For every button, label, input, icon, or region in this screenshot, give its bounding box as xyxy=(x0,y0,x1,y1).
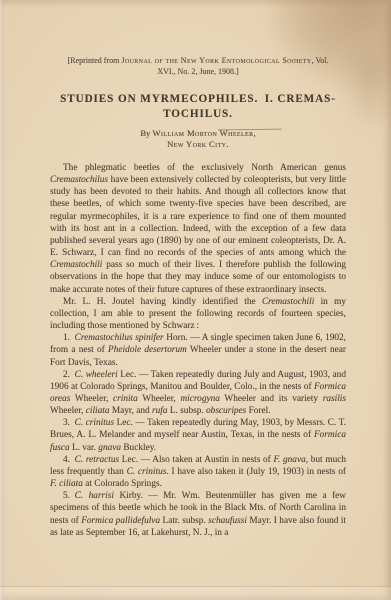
article-title-line-1: STUDIES ON MYRMECOPHILES. I. CREMAS- xyxy=(50,92,346,107)
species-entry-2: 2. C. wheeleri Lec. — Taken repeatedly d… xyxy=(50,369,346,418)
scanned-page: [Reprinted from Journal of the New York … xyxy=(0,0,391,600)
reprint-credit: [Reprinted from Journal of the New York … xyxy=(50,56,346,77)
author-byline: By William Morton Wheeler, xyxy=(50,128,346,139)
species-entry-1: 1. Cremastochilus spinifer Horn. — A sin… xyxy=(50,332,346,368)
reprint-credit-line-2: XVI., No. 2, June, 1908.] xyxy=(50,67,346,78)
article-body: The phlegmatic beetles of the exclusivel… xyxy=(50,162,346,539)
intro-paragraph: The phlegmatic beetles of the exclusivel… xyxy=(50,162,346,296)
species-entry-4: 4. C. retractus Lec. — Also taken at Aus… xyxy=(50,454,346,490)
page-content: [Reprinted from Journal of the New York … xyxy=(50,56,346,539)
species-entry-5: 5. C. harrisi Kirby. — Mr. Wm. Beutenmül… xyxy=(50,490,346,539)
author-location: New York City. xyxy=(50,139,346,150)
reprint-credit-line-1: [Reprinted from Journal of the New York … xyxy=(50,56,346,67)
article-title-line-2: TOCHILUS. xyxy=(50,107,346,122)
species-entry-3: 3. C. crinitus Lec. — Taken repeatedly d… xyxy=(50,417,346,453)
records-paragraph: Mr. L. H. Joutel having kindly identifie… xyxy=(50,296,346,332)
paper-bottom-edge xyxy=(0,586,391,600)
article-title: STUDIES ON MYRMECOPHILES. I. CREMAS- TOC… xyxy=(50,92,346,121)
